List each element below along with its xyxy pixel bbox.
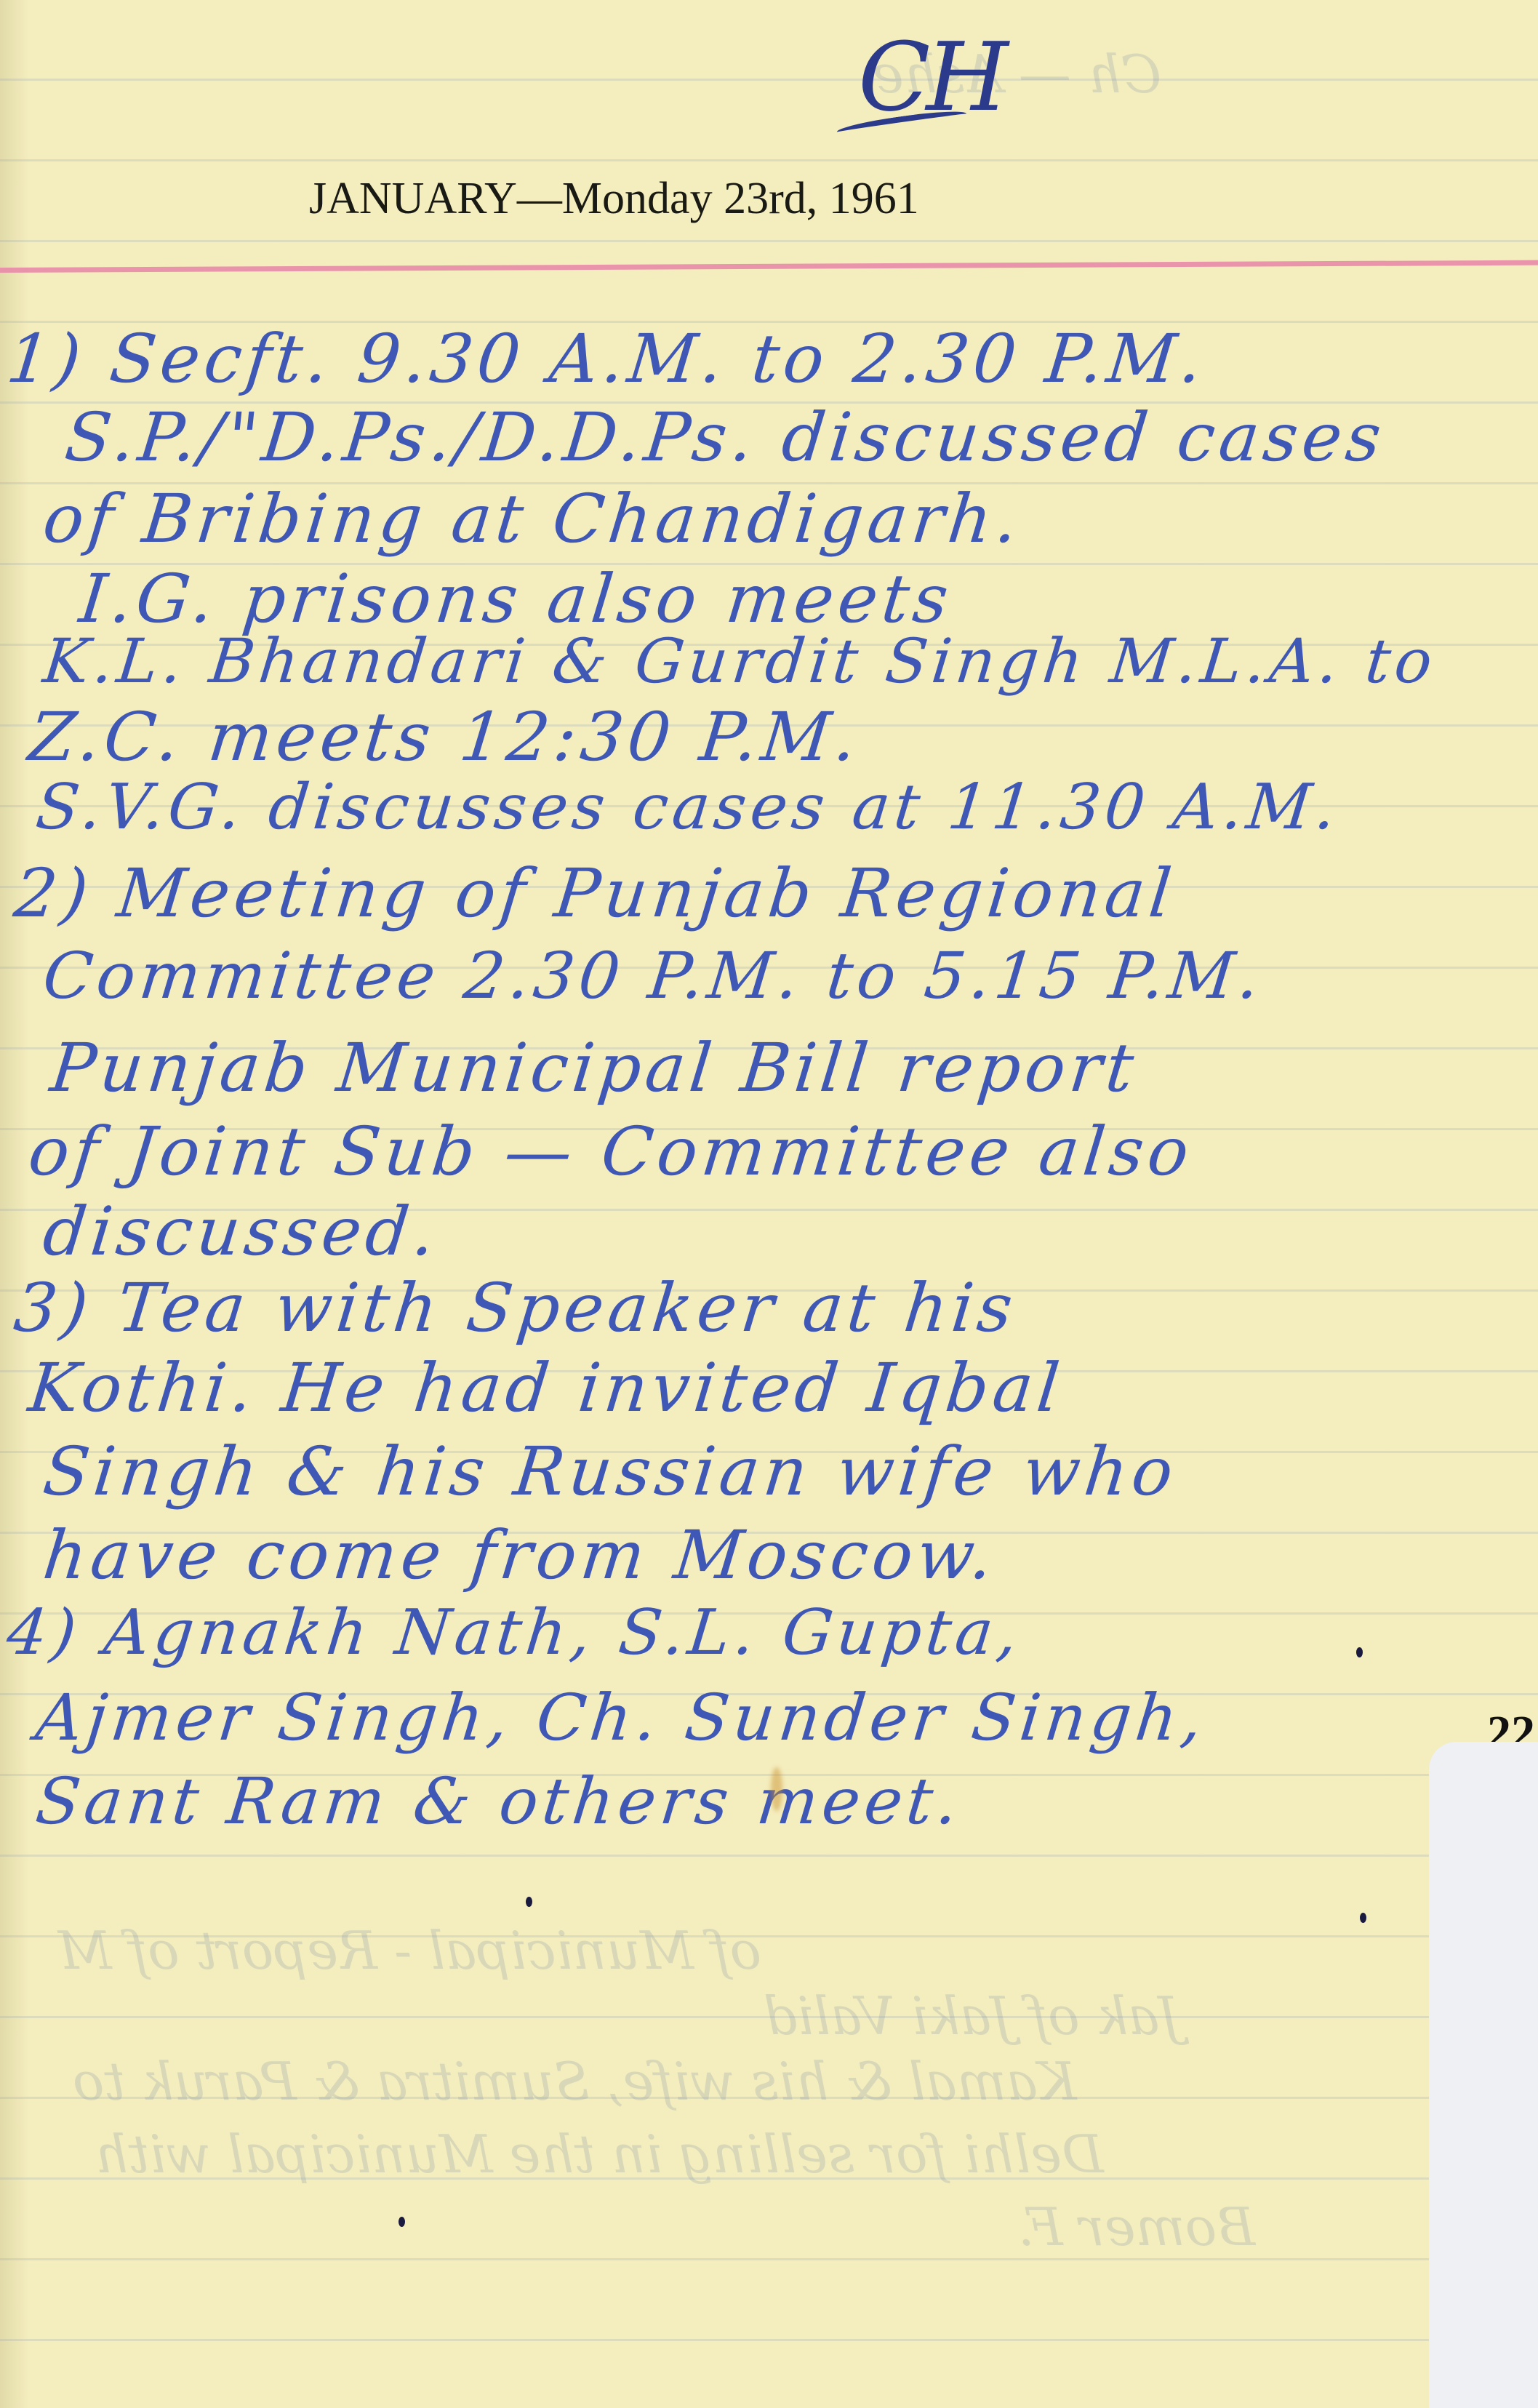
entry-line: Ajmer Singh, Ch. Sunder Singh, xyxy=(33,1680,1210,1755)
entry-line: Punjab Municipal Bill report xyxy=(47,1029,1141,1107)
entry-line: Committee 2.30 P.M. to 5.15 P.M. xyxy=(40,938,1267,1013)
entry-line: 4) Agnakh Nath, S.L. Gupta, xyxy=(4,1596,1025,1669)
entry-line: 3) Tea with Speaker at his xyxy=(10,1269,1020,1347)
bleed-through-text: Delhi for selling in the Municipal with xyxy=(95,2124,1104,2185)
entry-line: K.L. Bhandari & Gurdit Singh M.L.A. to xyxy=(40,625,1440,697)
ink-dot xyxy=(526,1897,532,1907)
bleed-through-text: Kamal & his wife, Sumitra & Paruk to xyxy=(73,2051,1077,2112)
entry-line: Sant Ram & others meet. xyxy=(33,1764,966,1839)
entry-line: discussed. xyxy=(39,1193,443,1271)
bleed-through-text: Bomer F. xyxy=(1018,2196,1255,2257)
entry-line: Singh & his Russian wife who xyxy=(39,1433,1181,1511)
bleed-through-text: Jak of Jaki Valid xyxy=(764,1985,1180,2047)
bleed-through-text: of Municipal - Report of M xyxy=(58,1920,761,1981)
entry-line: S.P./"D.Ps./D.D.Ps. discussed cases xyxy=(61,399,1389,476)
next-page-tab xyxy=(1429,1742,1538,2408)
printed-date-header: JANUARY—Monday 23rd, 1961 xyxy=(309,173,919,225)
entry-line: have come from Moscow. xyxy=(39,1516,1001,1594)
entry-line: Kothi. He had invited Iqbal xyxy=(25,1349,1067,1427)
paper-stain xyxy=(771,1767,782,1811)
diary-page: Ch — Ashe of Municipal - Report of M Jak… xyxy=(0,0,1538,2408)
ink-dot xyxy=(1360,1913,1366,1923)
pink-margin-rule xyxy=(0,260,1538,273)
entry-line: S.V.G. discusses cases at 11.30 A.M. xyxy=(33,771,1344,844)
entry-line: of Joint Sub — Committee also xyxy=(25,1113,1196,1191)
entry-line: of Bribing at Chandigarh. xyxy=(39,480,1025,558)
ink-dot xyxy=(1356,1647,1363,1657)
entry-line: 1) Secft. 9.30 A.M. to 2.30 P.M. xyxy=(3,320,1210,398)
ink-dot xyxy=(398,2217,405,2227)
entry-line: 2) Meeting of Punjab Regional xyxy=(10,855,1179,932)
entry-line: Z.C. meets 12:30 P.M. xyxy=(25,698,864,776)
